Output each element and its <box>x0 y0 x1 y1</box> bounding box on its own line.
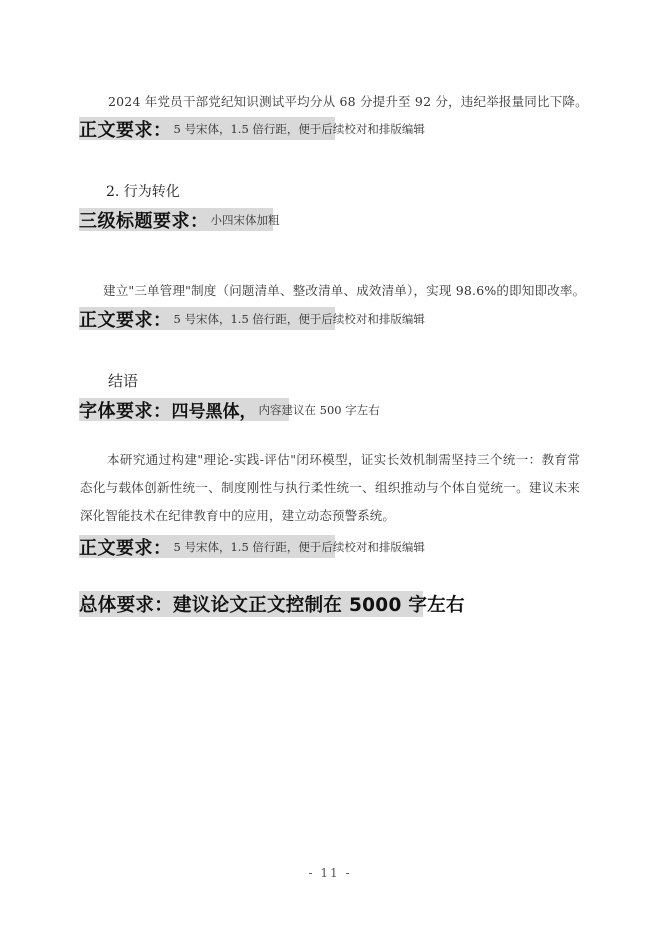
requirement-detail-strong: 四号黑体， <box>172 397 257 422</box>
body-text-requirement-note: 正文要求： 5 号宋体，1.5 倍行距，便于后续校对和排版编辑 <box>79 117 335 140</box>
requirement-detail: 5 号宋体，1.5 倍行距，便于后续校对和排版编辑 <box>174 121 425 137</box>
level-3-heading-requirement-note: 三级标题要求： 小四宋体加粗 <box>79 208 273 231</box>
body-paragraph-test-scores: 2024 年党员干部党纪知识测试平均分从 68 分提升至 92 分，违纪举报量同… <box>108 92 588 110</box>
body-text-requirement-note: 正文要求： 5 号宋体，1.5 倍行距，便于后续校对和排版编辑 <box>79 307 335 330</box>
conclusion-paragraph: 本研究通过构建"理论-实践-评估"闭环模型，证实长效机制需坚持三个统一：教育常态… <box>80 446 580 530</box>
requirement-label: 三级标题要求： <box>79 207 209 233</box>
requirement-label: 正文要求： <box>79 534 172 560</box>
conclusion-heading: 结语 <box>108 370 138 391</box>
document-page: 2024 年党员干部党纪知识测试平均分从 68 分提升至 92 分，违纪举报量同… <box>0 0 660 933</box>
requirement-detail: 小四宋体加粗 <box>211 212 280 228</box>
level-3-heading: 2. 行为转化 <box>106 181 180 201</box>
requirement-detail: 内容建议在 500 字左右 <box>259 402 380 418</box>
requirement-detail: 5 号宋体，1.5 倍行距，便于后续校对和排版编辑 <box>174 311 425 327</box>
requirement-label: 字体要求： <box>79 397 172 423</box>
page-number: - 11 - <box>0 866 660 880</box>
requirement-detail: 5 号宋体，1.5 倍行距，便于后续校对和排版编辑 <box>174 539 425 555</box>
body-text-requirement-note: 正文要求： 5 号宋体，1.5 倍行距，便于后续校对和排版编辑 <box>79 535 335 558</box>
overall-requirement-text: 总体要求：建议论文正文控制在 5000 字左右 <box>79 591 465 617</box>
font-requirement-note: 字体要求： 四号黑体， 内容建议在 500 字左右 <box>79 398 289 421</box>
body-paragraph-three-list-system: 建立"三单管理"制度（问题清单、整改清单、成效清单），实现 98.6%的即知即改… <box>103 281 585 299</box>
requirement-label: 正文要求： <box>79 116 172 142</box>
overall-requirement-note: 总体要求：建议论文正文控制在 5000 字左右 <box>79 591 423 617</box>
requirement-label: 正文要求： <box>79 306 172 332</box>
